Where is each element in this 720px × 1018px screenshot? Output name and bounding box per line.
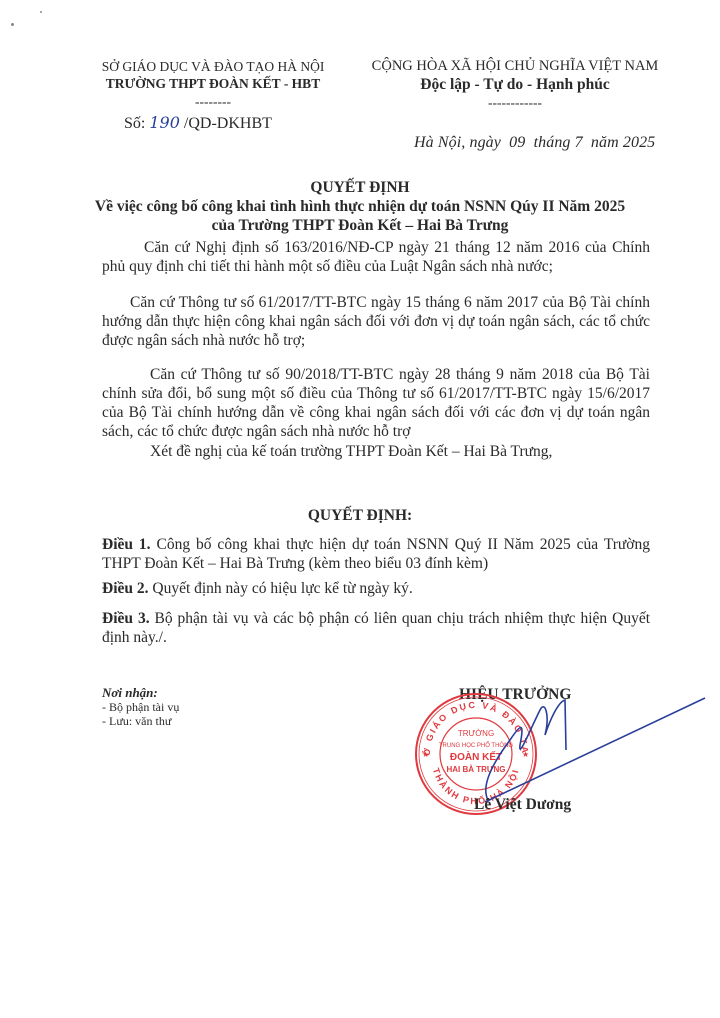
article-3-label: Điều 3. [102,610,150,627]
article-3-text: Bộ phận tài vụ và các bộ phận có liên qu… [102,610,650,646]
document-number: Số: 190 /QD-DKHBT [124,113,272,133]
subject-line-1: Về việc công bố công khai tình hình thực… [60,197,660,216]
recipient-item: - Bộ phận tài vụ [102,700,179,714]
header-left: SỞ GIÁO DỤC VÀ ĐÀO TẠO HÀ NỘI TRƯỜNG THP… [78,58,348,110]
date-line: Hà Nội, ngày 09 tháng 7 năm 2025 [414,134,655,152]
title-block: QUYẾT ĐỊNH Về việc công bố công khai tìn… [60,178,660,235]
subject-line-2: của Trường THPT Đoàn Kết – Hai Bà Trưng [60,216,660,235]
number-suffix: /QD-DKHBT [184,115,272,132]
header-right: CỘNG HÒA XÃ HỘI CHỦ NGHĨA VIỆT NAM Độc l… [370,58,660,111]
svg-text:★: ★ [422,750,429,759]
article-1-label: Điều 1. [102,536,151,553]
number-label: Số: [124,115,145,132]
scan-speck [11,23,14,26]
article-1: Điều 1. Công bố công khai thực hiện dự t… [102,535,650,573]
preamble-3: Căn cứ Thông tư số 90/2018/TT-BTC ngày 2… [102,365,650,441]
header-left-divider: -------- [78,93,348,110]
preamble-4: Xét đề nghị của kế toán trường THPT Đoàn… [102,442,650,461]
article-1-text: Công bố công khai thực hiện dự toán NSNN… [102,536,650,572]
article-3: Điều 3. Bộ phận tài vụ và các bộ phận có… [102,609,650,647]
signer-name: Lê Việt Dương [474,796,571,814]
school-name: TRƯỜNG THPT ĐOÀN KẾT - HBT [78,75,348,92]
decision-heading: QUYẾT ĐỊNH: [60,507,660,525]
article-2: Điều 2. Quyết định này có hiệu lực kể từ… [102,579,650,598]
recipients: Nơi nhận: - Bộ phận tài vụ - Lưu: văn th… [102,686,179,728]
header-right-divider: ------------ [370,94,660,111]
article-2-text: Quyết định này có hiệu lực kể từ ngày ký… [149,580,413,597]
preamble-1: Căn cứ Nghị định số 163/2016/NĐ-CP ngày … [102,238,650,276]
scan-speck [40,11,42,13]
national-motto: Độc lập - Tự do - Hạnh phúc [370,75,660,94]
country-name: CỘNG HÒA XÃ HỘI CHỦ NGHĨA VIỆT NAM [370,58,660,75]
recipient-item: - Lưu: văn thư [102,714,179,728]
preamble-2: Căn cứ Thông tư số 61/2017/TT-BTC ngày 1… [102,293,650,350]
decision-title: QUYẾT ĐỊNH [60,178,660,197]
handwritten-number: 190 [149,113,180,132]
recipients-heading: Nơi nhận: [102,686,179,700]
agency-name: SỞ GIÁO DỤC VÀ ĐÀO TẠO HÀ NỘI [78,58,348,75]
article-2-label: Điều 2. [102,580,149,597]
